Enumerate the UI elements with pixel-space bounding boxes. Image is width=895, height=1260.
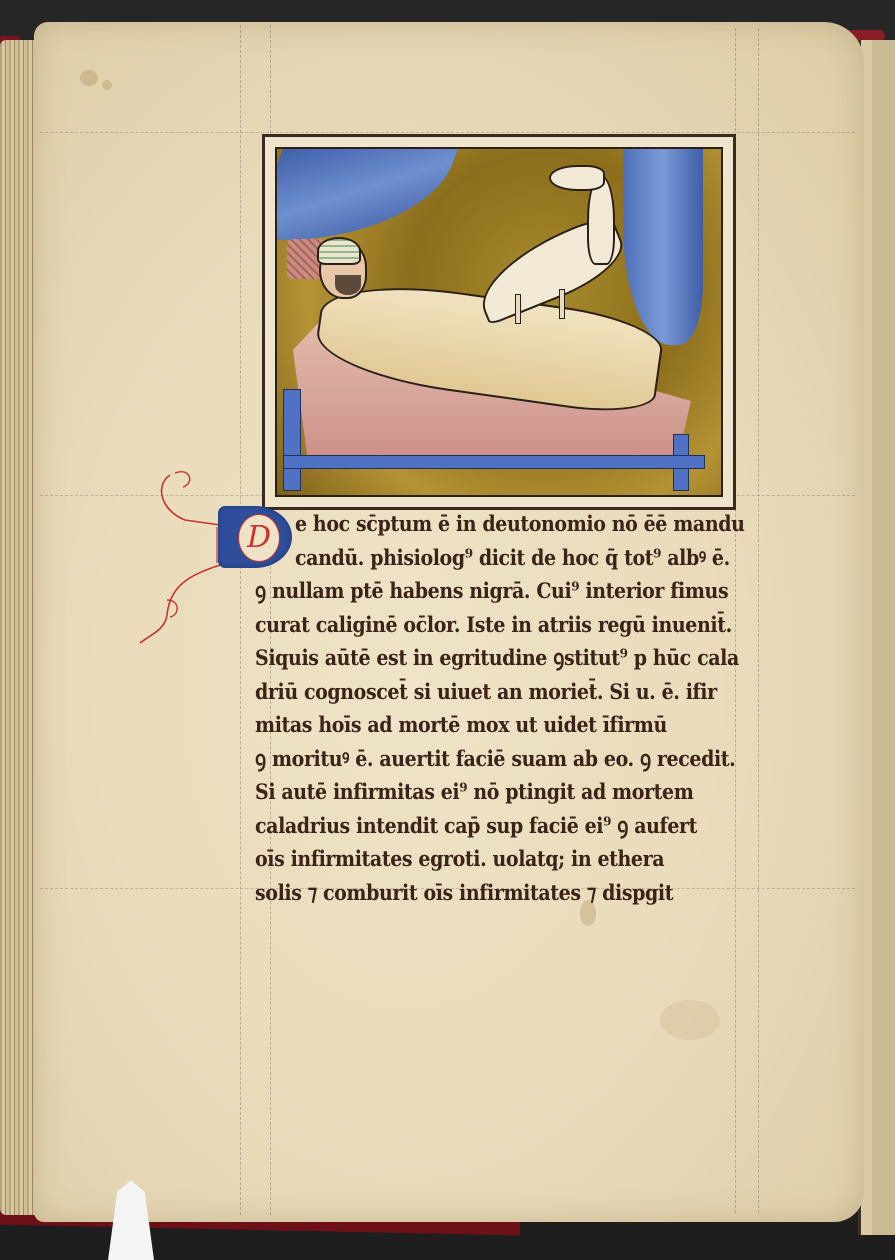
- curtain-right: [623, 147, 703, 345]
- text-line: mitas hoīs ad mortē mox ut uidet īfirmū: [255, 706, 755, 745]
- bird-leg: [559, 289, 565, 319]
- bed-rail: [283, 455, 705, 469]
- curtain-left: [275, 147, 459, 240]
- text-line: e hoc sc̄ptum ē in deutonomio nō ēē mand…: [255, 505, 755, 544]
- ruling-line: [758, 28, 759, 1213]
- gothic-text-block: e hoc sc̄ptum ē in deutonomio nō ēē mand…: [255, 508, 755, 910]
- beard: [335, 275, 361, 295]
- miniature-gold-ground: [275, 147, 723, 497]
- page-stack-left: [0, 40, 36, 1215]
- head-cloth: [317, 237, 361, 265]
- text-line: Si autē infirmitas ei⁹ nō ptingit ad mor…: [255, 773, 755, 812]
- ruling-line: [40, 132, 855, 133]
- text-line: Siquis aūtē est in egritudine ꝯstitut⁹ p…: [255, 639, 755, 678]
- stain: [102, 80, 112, 90]
- text-line: oīs infirmitates egroti. uolatq; in ethe…: [255, 840, 755, 879]
- stain: [80, 70, 98, 86]
- miniature-frame: [262, 134, 736, 510]
- bed-post-left: [283, 389, 301, 491]
- bird-leg: [515, 294, 521, 324]
- text-line: solis ⁊ comburit oīs infirmitates ⁊ disp…: [255, 874, 755, 913]
- stain: [660, 1000, 720, 1040]
- text-line: ꝯ nullam ptē habens nigrā. Cui⁹ interior…: [255, 572, 755, 611]
- ruling-line: [240, 25, 241, 1215]
- bird-head: [549, 165, 605, 191]
